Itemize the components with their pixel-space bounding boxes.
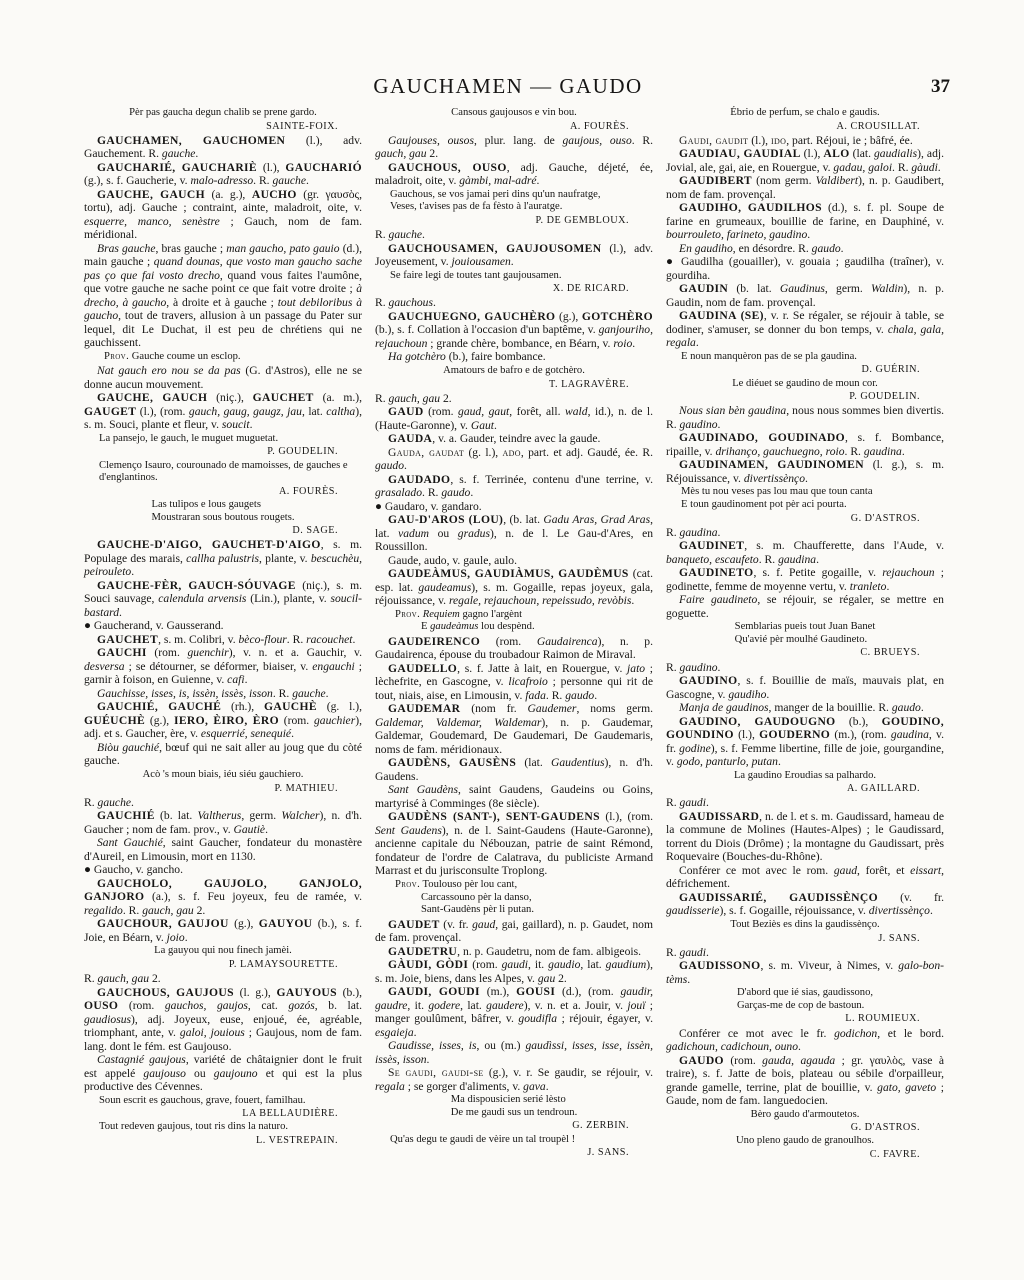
verse-lines: La gauyou qui nou finech jamèi. — [154, 945, 292, 958]
quote-lines: Qu'as degu te gaudi de vèire un tal trou… — [390, 1134, 653, 1147]
verse-line: Uno pleno gaudo de granoulhos. — [736, 1135, 874, 1148]
attrib-block: P. GOUDELIN. — [666, 391, 944, 403]
quote-lines: La pansejo, le gauch, le muguet muguetat… — [99, 433, 362, 446]
verse-block: La gaudino Eroudias sa palhardo. — [666, 770, 944, 783]
verse-line: Cansous gaujousos e vin bou. — [451, 107, 577, 120]
prov-line: E gaudeàmus lou despènd. — [421, 621, 653, 634]
attrib-block: J. SANS. — [666, 933, 944, 945]
attrib-block: D. GUÉRIN. — [666, 364, 944, 376]
entry-block: GAUCHE-D'AIGO, GAUCHET-D'AIGO, s. m. Pop… — [84, 538, 362, 579]
entry-block: Gaudi, gaudit (l.), ido, part. Réjoui, i… — [666, 134, 944, 148]
verse-line: D'abord que ié sias, gaudissono, — [737, 987, 873, 1000]
entry-block: GAUCHI (rom. guenchir), v. n. et a. Gauc… — [84, 646, 362, 687]
quote-block: La pansejo, le gauch, le muguet muguetat… — [99, 433, 362, 446]
flush-block: R. gaudina. — [666, 526, 944, 540]
entry-block: Biòu gauchié, bœuf qui ne sait aller au … — [84, 741, 362, 768]
entry-block: GAUCHIÉ, GAUCHÉ (rh.), GAUCHÈ (g. l.), G… — [84, 700, 362, 741]
quote-line: Qu'as degu te gaudi de vèire un tal trou… — [390, 1134, 653, 1147]
entry-block: GÀUDI, GÒDI (rom. gaudi, it. gaudio, lat… — [375, 958, 653, 985]
quote-line: La pansejo, le gauch, le muguet muguetat… — [99, 433, 362, 446]
verse-block: Acò 's moun biais, iéu siéu gauchiero. — [84, 769, 362, 782]
bullet-block: ● Gaucherand, v. Gausserand. — [84, 619, 362, 633]
prov-line: Sant-Gaudèns pèr li putan. — [421, 904, 653, 917]
quote-block: Qu'as degu te gaudi de vèire un tal trou… — [390, 1134, 653, 1147]
entry-block: GAUDO (rom. gauda, agauda ; gr. γαυλὸς, … — [666, 1054, 944, 1108]
verse-lines: Ébrio de perfum, se chalo e gaudis. — [730, 107, 879, 120]
entry-block: GAUDINADO, GOUDINADO, s. f. Bombance, ri… — [666, 431, 944, 458]
prov-block: Prov. Toulouso pèr lou cant,Carcassouno … — [395, 879, 653, 917]
quote-block: Soun escrit es gauchous, grave, fouert, … — [99, 1095, 362, 1108]
entry-block: GAUDINA (SE), v. r. Se régaler, se réjou… — [666, 309, 944, 350]
attrib-block: X. DE RICARD. — [375, 283, 653, 295]
verse-line: Ma dispousicien serié lèsto — [451, 1094, 578, 1107]
quote-lines: Tout redeven gaujous, tout ris dins la n… — [99, 1121, 362, 1134]
bullet-block: ● Gaudaro, v. gandaro. — [375, 500, 653, 514]
verse-block: Pèr pas gaucha degun chalib se prene gar… — [84, 107, 362, 120]
entry-block: GAUDIN (b. lat. Gaudinus, germ. Waldin),… — [666, 282, 944, 309]
quote-line: Clemenço Isauro, courounado de mamoisses… — [99, 460, 362, 485]
entry-block: GAUDIBERT (nom germ. Valdibert), n. p. G… — [666, 174, 944, 201]
attrib-block: J. SANS. — [375, 1147, 653, 1159]
verse-lines: Tout Beziès es dins la gaudissènço. — [730, 919, 879, 932]
verse-lines: Acò 's moun biais, iéu siéu gauchiero. — [143, 769, 304, 782]
entry-block: Gauchisse, isses, is, issèn, issès, isso… — [84, 687, 362, 701]
entry-block: GAUDEIRENCO (rom. Gaudairenca), n. p. Ga… — [375, 635, 653, 662]
quote-line: E toun gaudinoment pot pèr aci pourta. — [681, 499, 944, 512]
quote-line: Soun escrit es gauchous, grave, fouert, … — [99, 1095, 362, 1108]
entry-block: GAUDINET, s. m. Chaufferette, dans l'Aud… — [666, 539, 944, 566]
prov-block: Prov. Gauche coume un esclop. — [104, 351, 362, 364]
verse-block: D'abord que ié sias, gaudissono,Garças-m… — [666, 987, 944, 1012]
entry-block: GAUDETRU, n. p. Gaudetru, nom de fam. al… — [375, 945, 653, 959]
entry-block: GAUDIHO, GAUDILHOS (d.), s. f. pl. Soupe… — [666, 201, 944, 242]
running-head: GAUCHAMEN — GAUDO — [84, 74, 932, 99]
entry-block: GAUCHE-FÈR, GAUCH-SÓUVAGE (niç.), s. m. … — [84, 579, 362, 620]
column-2: Cansous gaujousos e vin bou.A. FOURÈS.Ga… — [375, 106, 653, 1162]
entry-block: Gaude, audo, v. gaule, aulo. — [375, 554, 653, 568]
verse-line: Bèro gaudo d'armoutetos. — [751, 1109, 860, 1122]
verse-block: Ma dispousicien serié lèstoDe me gaudi s… — [375, 1094, 653, 1119]
entry-block: Ha gotchèro (b.), faire bombance. — [375, 350, 653, 364]
entry-block: GAUDIAU, GAUDIAL (l.), ALO (lat. gaudial… — [666, 147, 944, 174]
entry-block: GAUDINAMEN, GAUDINOMEN (l. g.), s. m. Ré… — [666, 458, 944, 485]
entry-block: Sant Gauchié, saint Gaucher, fondateur d… — [84, 836, 362, 863]
entry-block: GAUDADO, s. f. Terrinée, contenu d'une t… — [375, 473, 653, 500]
flush-block: R. gauch, gau 2. — [84, 972, 362, 986]
verse-block: La gauyou qui nou finech jamèi. — [84, 945, 362, 958]
column-1: Pèr pas gaucha degun chalib se prene gar… — [84, 106, 362, 1162]
prov-line: Carcassouno pèr la danso, — [421, 892, 653, 905]
verse-lines: Cansous gaujousos e vin bou. — [451, 107, 577, 120]
prov-line: Prov. Toulouso pèr lou cant, — [395, 879, 653, 892]
verse-lines: Ma dispousicien serié lèstoDe me gaudi s… — [451, 1094, 578, 1119]
flush-block: R. gaudi. — [666, 796, 944, 810]
verse-lines: La gaudino Eroudias sa palhardo. — [734, 770, 876, 783]
bullet-block: ● Gaudilha (gouailler), v. gouaia ; gaud… — [666, 255, 944, 282]
verse-block: Le diéuet se gaudino de moun cor. — [666, 378, 944, 391]
quote-block: Mès tu nou veses pas lou mau que toun ca… — [681, 486, 944, 511]
attrib-block: D. SAGE. — [84, 525, 362, 537]
verse-block: Semblarias pueis tout Juan BanetQu'avié … — [666, 621, 944, 646]
entry-block: Gauda, gaudat (g. l.), ado, part. et adj… — [375, 446, 653, 473]
verse-line: Acò 's moun biais, iéu siéu gauchiero. — [143, 769, 304, 782]
entry-block: Faire gaudineto, se réjouir, se régaler,… — [666, 593, 944, 620]
flush-block: R. gauch, gau 2. — [375, 392, 653, 406]
attrib-block: G. D'ASTROS. — [666, 513, 944, 525]
entry-block: GAUCHOUS, GAUJOUS (l. g.), GAUYOUS (b.),… — [84, 986, 362, 1054]
entry-block: GAUDÈNS, GAUSÈNS (lat. Gaudentius), n. d… — [375, 756, 653, 783]
quote-lines: Clemenço Isauro, courounado de mamoisses… — [99, 460, 362, 485]
quote-block: Se faire legi de toutes tant gaujousamen… — [390, 270, 653, 283]
entry-block: GAUCHE, GAUCH (a. g.), AUCHO (gr. γαυσὸς… — [84, 188, 362, 242]
attrib-block: A. FOURÈS. — [375, 121, 653, 133]
entry-block: GAUCHOUSAMEN, GAUJOUSOMEN (l.), adv. Joy… — [375, 242, 653, 269]
prov-lines: Prov. Gauche coume un esclop. — [104, 351, 362, 364]
quote-lines: Se faire legi de toutes tant gaujousamen… — [390, 270, 653, 283]
quote-lines: E noun manquèron pas de se pla gaudina. — [681, 351, 944, 364]
attrib-block: SAINTE-FOIX. — [84, 121, 362, 133]
entry-block: GAUCHAMEN, GAUCHOMEN (l.), adv. Gaucheme… — [84, 134, 362, 161]
quote-line: Se faire legi de toutes tant gaujousamen… — [390, 270, 653, 283]
attrib-block: L. VESTREPAIN. — [84, 1135, 362, 1147]
entry-block: GAUDA, v. a. Gauder, teindre avec la gau… — [375, 432, 653, 446]
attrib-block: A. CROUSILLAT. — [666, 121, 944, 133]
verse-block: Uno pleno gaudo de granoulhos. — [666, 1135, 944, 1148]
attrib-block: A. GAILLARD. — [666, 783, 944, 795]
quote-block: E noun manquèron pas de se pla gaudina. — [681, 351, 944, 364]
quote-block: Gauchous, se vos jamai peri dins qu'un n… — [390, 189, 653, 214]
attrib-block: P. MATHIEU. — [84, 783, 362, 795]
entry-block: GAUDÈNS (SANT-), SENT-GAUDENS (l.), (rom… — [375, 810, 653, 878]
flush-block: R. gauchous. — [375, 296, 653, 310]
verse-lines: Pèr pas gaucha degun chalib se prene gar… — [129, 107, 317, 120]
verse-line: La gaudino Eroudias sa palhardo. — [734, 770, 876, 783]
attrib-block: P. LAMAYSOURETTE. — [84, 959, 362, 971]
attrib-block: C. FAVRE. — [666, 1149, 944, 1161]
verse-line: De me gaudi sus un tendroun. — [451, 1107, 578, 1120]
verse-block: Amatours de bafro e de gotchèro. — [375, 365, 653, 378]
entry-block: GAUCHUEGNO, GAUCHÈRO (g.), GOTCHÈRO (b.)… — [375, 310, 653, 351]
verse-line: Las tulipos e lous gaugets — [151, 499, 294, 512]
prov-block: Prov. Requiem gagno l'argèntE gaudeàmus … — [395, 609, 653, 634]
verse-lines: Las tulipos e lous gaugetsMoustraran sou… — [151, 499, 294, 524]
attrib-block: C. BRUEYS. — [666, 647, 944, 659]
verse-block: Ébrio de perfum, se chalo e gaudis. — [666, 107, 944, 120]
text-columns: Pèr pas gaucha degun chalib se prene gar… — [84, 106, 944, 1162]
entry-block: GAUDINO, GAUDOUGNO (b.), GOUDINO, GOUNDI… — [666, 715, 944, 769]
verse-block: Cansous gaujousos e vin bou. — [375, 107, 653, 120]
page-number: 37 — [931, 76, 950, 98]
verse-line: Ébrio de perfum, se chalo e gaudis. — [730, 107, 879, 120]
flush-block: R. gauche. — [375, 228, 653, 242]
prov-line: Prov. Gauche coume un esclop. — [104, 351, 362, 364]
verse-block: Tout Beziès es dins la gaudissènço. — [666, 919, 944, 932]
quote-block: Clemenço Isauro, courounado de mamoisses… — [99, 460, 362, 485]
verse-line: Garças-me de cop de bastoun. — [737, 1000, 873, 1013]
prov-line: Prov. Requiem gagno l'argènt — [395, 609, 653, 622]
attrib-block: P. DE GEMBLOUX. — [375, 215, 653, 227]
verse-block: Bèro gaudo d'armoutetos. — [666, 1109, 944, 1122]
verse-lines: Amatours de bafro e de gotchèro. — [443, 365, 585, 378]
entry-block: GAUDINO, s. f. Bouillie de maïs, mauvais… — [666, 674, 944, 701]
entry-block: GAUCHOUS, OUSO, adj. Gauche, déjeté, ée,… — [375, 161, 653, 188]
entry-block: GAUCHE, GAUCH (niç.), GAUCHET (a. m.), G… — [84, 391, 362, 432]
entry-block: Gaudisse, isses, is, ou (m.) gaudìssi, i… — [375, 1039, 653, 1066]
verse-lines: D'abord que ié sias, gaudissono,Garças-m… — [737, 987, 873, 1012]
entry-block: Bras gauche, bras gauche ; man gaucho, p… — [84, 242, 362, 350]
entry-block: GAUDISSARD, n. de l. et s. m. Gaudissard… — [666, 810, 944, 864]
verse-line: Semblarias pueis tout Juan Banet — [735, 621, 876, 634]
entry-block: GAUCHET, s. m. Colibri, v. bèco-flour. R… — [84, 633, 362, 647]
prov-lines: Prov. Requiem gagno l'argèntE gaudeàmus … — [395, 609, 653, 634]
quote-lines: Soun escrit es gauchous, grave, fouert, … — [99, 1095, 362, 1108]
quote-line: Gauchous, se vos jamai peri dins qu'un n… — [390, 189, 653, 202]
attrib-block: L. ROUMIEUX. — [666, 1013, 944, 1025]
verse-line: Moustraran sous boutous rougets. — [151, 512, 294, 525]
quote-line: Veses, t'avises pas de fa fèsto à l'aura… — [390, 201, 653, 214]
verse-block: Las tulipos e lous gaugetsMoustraran sou… — [84, 499, 362, 524]
entry-block: GAUDI, GOUDI (m.), GOUSI (d.), (rom. gau… — [375, 985, 653, 1039]
attrib-block: A. FOURÈS. — [84, 486, 362, 498]
flush-block: R. gaudino. — [666, 661, 944, 675]
prov-lines: Prov. Toulouso pèr lou cant,Carcassouno … — [395, 879, 653, 917]
entry-block: GAUCHOLO, GAUJOLO, GANJOLO, GANJORO (a.)… — [84, 877, 362, 918]
verse-lines: Uno pleno gaudo de granoulhos. — [736, 1135, 874, 1148]
flush-block: R. gaudi. — [666, 946, 944, 960]
flush-block: R. gauche. — [84, 796, 362, 810]
dictionary-page-scan: GAUCHAMEN — GAUDO 37 Pèr pas gaucha degu… — [0, 0, 1024, 1280]
bullet-block: ● Gaucho, v. gancho. — [84, 863, 362, 877]
entry-block: GAUCHARIÉ, GAUCHARIÈ (l.), GAUCHARIÓ (g.… — [84, 161, 362, 188]
entry-block: GAUDELLO, s. f. Jatte à lait, en Rouergu… — [375, 662, 653, 703]
entry-block: GAU-D'AROS (LOU), (b. lat. Gadu Aras, Gr… — [375, 513, 653, 554]
entry-block: GAUDEMAR (nom fr. Gaudemer, noms germ. G… — [375, 702, 653, 756]
entry-block: GAUDISSONO, s. m. Viveur, à Nimes, v. ga… — [666, 959, 944, 986]
attrib-block: P. GOUDELIN. — [84, 446, 362, 458]
entry-block: Conférer ce mot avec le fr. godichon, et… — [666, 1027, 944, 1054]
quote-line: E noun manquèron pas de se pla gaudina. — [681, 351, 944, 364]
entry-block: GAUDET (v. fr. gaud, gai, gaillard), n. … — [375, 918, 653, 945]
quote-lines: Gauchous, se vos jamai peri dins qu'un n… — [390, 189, 653, 214]
verse-lines: Bèro gaudo d'armoutetos. — [751, 1109, 860, 1122]
quote-line: Mès tu nou veses pas lou mau que toun ca… — [681, 486, 944, 499]
quote-line: Tout redeven gaujous, tout ris dins la n… — [99, 1121, 362, 1134]
column-3: Ébrio de perfum, se chalo e gaudis.A. CR… — [666, 106, 944, 1162]
attrib-block: T. LAGRAVÈRE. — [375, 379, 653, 391]
attrib-block: G. D'ASTROS. — [666, 1122, 944, 1134]
verse-line: Le diéuet se gaudino de moun cor. — [732, 378, 878, 391]
entry-block: Castagnié gaujous, variété de châtaignie… — [84, 1053, 362, 1094]
entry-block: Nous sian bèn gaudina, nous nous sommes … — [666, 404, 944, 431]
quote-block: Tout redeven gaujous, tout ris dins la n… — [99, 1121, 362, 1134]
entry-block: GAUDISSARIÉ, GAUDISSÈNÇO (v. fr. gaudiss… — [666, 891, 944, 918]
entry-block: Sant Gaudèns, saint Gaudens, Gaudeins ou… — [375, 783, 653, 810]
entry-block: GAUD (rom. gaud, gaut, forêt, all. wald,… — [375, 405, 653, 432]
entry-block: GAUDINETO, s. f. Petite gogaille, v. rej… — [666, 566, 944, 593]
attrib-block: G. ZERBIN. — [375, 1120, 653, 1132]
attrib-block: LA BELLAUDIÈRE. — [84, 1108, 362, 1120]
entry-block: Manja de gaudinos, manger de la bouillie… — [666, 701, 944, 715]
entry-block: GAUDEÀMUS, GAUDIÀMUS, GAUDÈMUS (cat. esp… — [375, 567, 653, 608]
verse-line: Tout Beziès es dins la gaudissènço. — [730, 919, 879, 932]
verse-lines: Semblarias pueis tout Juan BanetQu'avié … — [735, 621, 876, 646]
entry-block: En gaudiho, en désordre. R. gaudo. — [666, 242, 944, 256]
verse-line: La gauyou qui nou finech jamèi. — [154, 945, 292, 958]
entry-block: GAUCHIÉ (b. lat. Valtherus, germ. Walche… — [84, 809, 362, 836]
entry-block: Conférer ce mot avec le rom. gaud, forêt… — [666, 864, 944, 891]
entry-block: GAUCHOUR, GAUJOU (g.), GAUYOU (b.), s. f… — [84, 917, 362, 944]
verse-line: Pèr pas gaucha degun chalib se prene gar… — [129, 107, 317, 120]
entry-block: Nat gauch ero nou se da pas (G. d'Astros… — [84, 364, 362, 391]
entry-block: Gaujouses, ousos, plur. lang. de gaujous… — [375, 134, 653, 161]
quote-lines: Mès tu nou veses pas lou mau que toun ca… — [681, 486, 944, 511]
verse-line: Qu'avié pèr moulhé Gaudineto. — [735, 634, 876, 647]
verse-line: Amatours de bafro e de gotchèro. — [443, 365, 585, 378]
verse-lines: Le diéuet se gaudino de moun cor. — [732, 378, 878, 391]
entry-block: Se gaudi, gaudi-se (g.), v. r. Se gaudir… — [375, 1066, 653, 1093]
